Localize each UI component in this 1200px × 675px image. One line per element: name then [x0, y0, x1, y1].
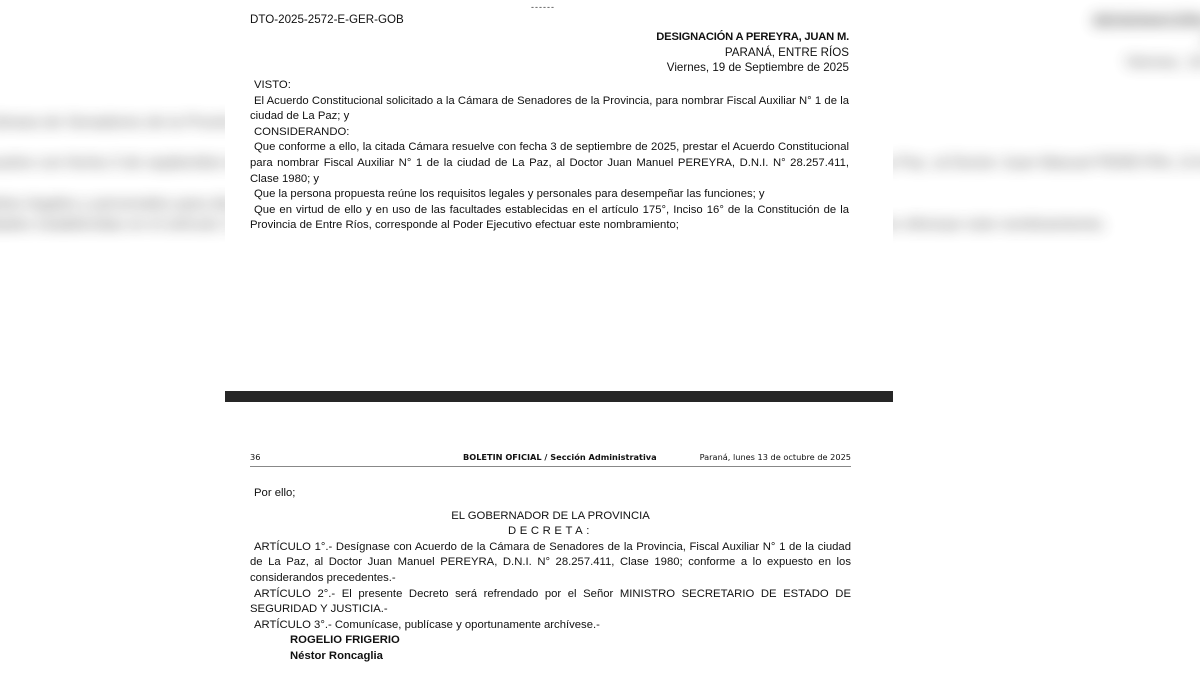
article-2: ARTÍCULO 2°.- El presente Decreto será r…: [250, 587, 851, 618]
bulletin-publication: BOLETIN OFICIAL / Sección Administrativa: [463, 452, 657, 462]
article-1: ARTÍCULO 1°.- Desígnase con Acuerdo de l…: [250, 540, 851, 587]
document-id: DTO-2025-2572-E-GER-GOB: [250, 13, 404, 26]
signature-minister: Néstor Roncaglia: [250, 649, 851, 665]
visto-text: El Acuerdo Constitucional solicitado a l…: [250, 94, 849, 125]
bulletin-date: Paraná, lunes 13 de octubre de 2025: [700, 452, 851, 462]
article-1-text: ARTÍCULO 1°.- Desígnase con Acuerdo de l…: [250, 541, 851, 584]
considerando-item: Que la persona propuesta reúne los requi…: [250, 187, 849, 203]
signature-governor: ROGELIO FRIGERIO: [250, 633, 851, 649]
document-date: Viernes, 19 de Septiembre de 2025: [656, 60, 849, 75]
considerando-item-3: Que en virtud de ello y en uso de las fa…: [250, 204, 849, 232]
considerando-item-2: Que la persona propuesta reúne los requi…: [254, 188, 765, 200]
top-marker: ------: [531, 2, 555, 12]
document-heading: DESIGNACIÓN A PEREYRA, JUAN M. PARANÁ, E…: [656, 30, 849, 75]
document-place: PARANÁ, ENTRE RÍOS: [656, 45, 849, 60]
considerando-label: CONSIDERANDO:: [250, 125, 849, 141]
considerando-item-1: Que conforme a ello, la citada Cámara re…: [250, 141, 849, 184]
document-title: DESIGNACIÓN A PEREYRA, JUAN M.: [656, 30, 849, 45]
page-divider-bar: [225, 391, 893, 402]
document-preamble: VISTO: El Acuerdo Constitucional solicit…: [250, 78, 849, 234]
considerando-item: Que conforme a ello, la citada Cámara re…: [250, 140, 849, 187]
decree-authority: EL GOBERNADOR DE LA PROVINCIA: [250, 509, 851, 525]
considerando-item: Que en virtud de ello y en uso de las fa…: [250, 203, 849, 234]
visto-text-content: El Acuerdo Constitucional solicitado a l…: [250, 95, 849, 123]
visto-label: VISTO:: [250, 78, 849, 94]
bulletin-page-number: 36: [250, 452, 260, 462]
bulletin-header: 36 BOLETIN OFICIAL / Sección Administrat…: [250, 452, 851, 467]
decree-body: Por ello; EL GOBERNADOR DE LA PROVINCIA …: [250, 486, 851, 665]
article-3: ARTÍCULO 3°.- Comunícase, publícase y op…: [250, 618, 851, 634]
article-2-text: ARTÍCULO 2°.- El presente Decreto será r…: [250, 588, 851, 616]
document-page: ------ DTO-2025-2572-E-GER-GOB DESIGNACI…: [225, 0, 893, 675]
decreta-label: DECRETA:: [250, 524, 851, 540]
article-3-text: ARTÍCULO 3°.- Comunícase, publícase y op…: [254, 619, 600, 631]
por-ello: Por ello;: [250, 486, 851, 502]
